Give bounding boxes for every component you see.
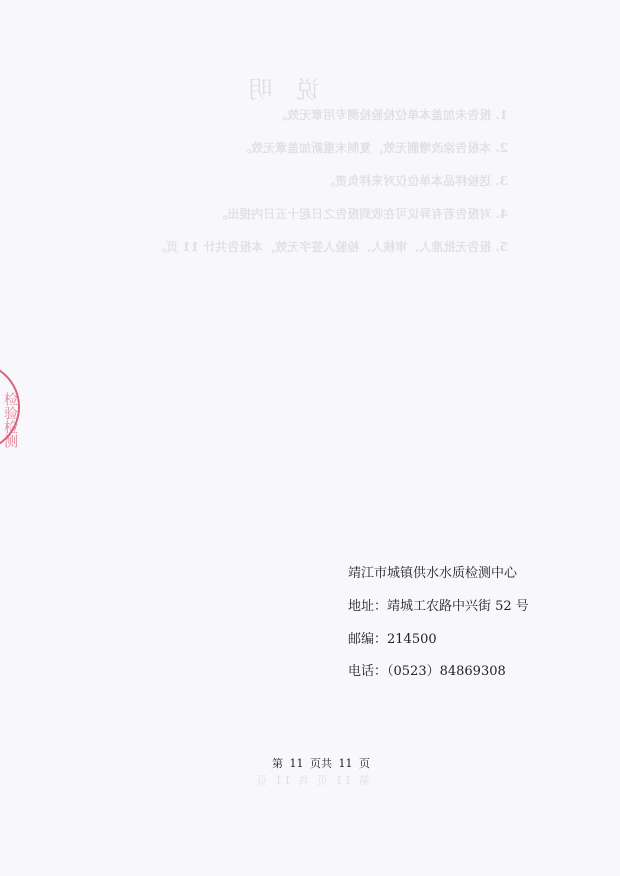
page-number: 第 11 页共 11 页 <box>272 755 370 771</box>
bleed-through-text: 说 明 1. 报告未加盖本单位检验检测专用章无效。 2. 本报告涂改增删无效，复… <box>0 0 620 876</box>
bleed-item: 3. 送检样品本单位仅对来样负责。 <box>323 172 508 189</box>
seal-text: 检验检测 <box>0 392 20 448</box>
bleed-title: 说 明 <box>240 70 320 105</box>
postcode: 邮编：214500 <box>348 628 437 647</box>
document-page: 说 明 1. 报告未加盖本单位检验检测专用章无效。 2. 本报告涂改增删无效，复… <box>0 0 620 876</box>
organization-name: 靖江市城镇供水水质检测中心 <box>348 562 517 581</box>
phone: 电话：（0523）84869308 <box>348 660 506 679</box>
bleed-item: 5. 报告无批准人、审核人、检验人签字无效，本报告共计 11 页。 <box>154 238 508 255</box>
bleed-item: 1. 报告未加盖本单位检验检测专用章无效。 <box>275 106 508 123</box>
bleed-footer: 第 11 页 共 11 页 <box>255 772 370 788</box>
address: 地址：靖城工农路中兴街 52 号 <box>348 595 529 614</box>
bleed-item: 4. 对报告若有异议可在收到报告之日起十五日内提出。 <box>215 205 508 222</box>
bleed-item: 2. 本报告涂改增删无效，复制未重新加盖章无效。 <box>239 139 508 156</box>
